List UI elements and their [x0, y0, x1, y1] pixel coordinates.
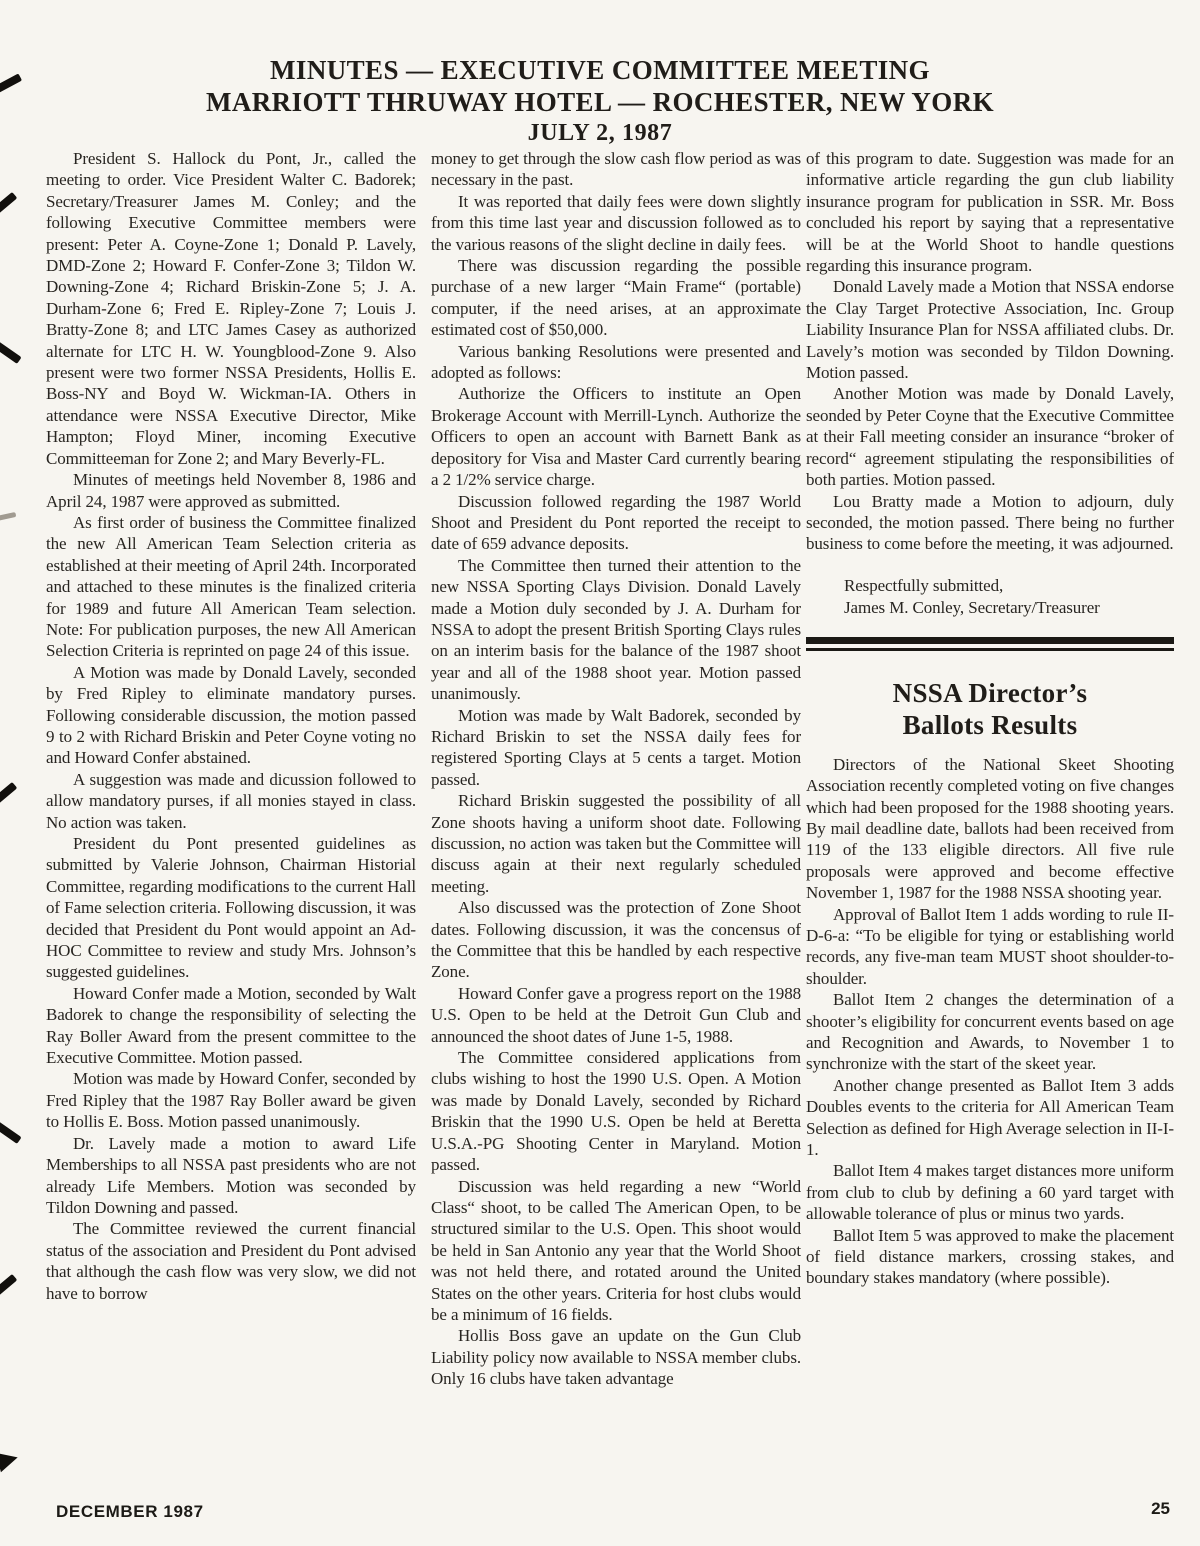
- paragraph: Another Motion was made by Donald Lavely…: [806, 383, 1174, 490]
- margin-mark: [0, 1120, 22, 1144]
- paragraph: Howard Confer made a Motion, seconded by…: [46, 983, 416, 1069]
- margin-mark: [0, 512, 16, 521]
- paragraph: Hollis Boss gave an update on the Gun Cl…: [431, 1325, 801, 1389]
- section-divider-rule: [806, 637, 1174, 651]
- column-2: money to get through the slow cash flow …: [431, 148, 801, 1508]
- footer-issue-date: DECEMBER 1987: [56, 1502, 204, 1522]
- paragraph: Motion was made by Howard Confer, second…: [46, 1068, 416, 1132]
- margin-mark: [0, 192, 17, 216]
- paragraph: Ballot Item 5 was approved to make the p…: [806, 1225, 1174, 1289]
- margin-mark: [0, 1448, 20, 1472]
- signoff-block: Respectfully submitted, James M. Conley,…: [806, 575, 1174, 620]
- paragraph: A suggestion was made and dicussion foll…: [46, 769, 416, 833]
- ballots-title-line-1: NSSA Director’s: [893, 678, 1088, 708]
- paragraph: Another change presented as Ballot Item …: [806, 1075, 1174, 1161]
- paragraph: Authorize the Officers to institute an O…: [431, 383, 801, 490]
- margin-mark: [0, 782, 17, 806]
- headline-line-3: JULY 2, 1987: [0, 118, 1200, 148]
- paragraph: The Committee then turned their attentio…: [431, 555, 801, 705]
- paragraph: Discussion followed regarding the 1987 W…: [431, 491, 801, 555]
- headline-line-1: MINUTES — EXECUTIVE COMMITTEE MEETING: [0, 54, 1200, 86]
- signoff-line-2: James M. Conley, Secretary/Treasurer: [844, 597, 1174, 620]
- paragraph: Discussion was held regarding a new “Wor…: [431, 1176, 801, 1326]
- paragraph: The Committee reviewed the current finan…: [46, 1218, 416, 1304]
- paragraph: money to get through the slow cash flow …: [431, 148, 801, 191]
- paragraph: As first order of business the Committee…: [46, 512, 416, 662]
- margin-mark: [0, 1274, 17, 1298]
- paragraph: of this program to date. Suggestion was …: [806, 148, 1174, 276]
- paragraph: Ballot Item 4 makes target distances mor…: [806, 1160, 1174, 1224]
- paragraph: Howard Confer gave a progress report on …: [431, 983, 801, 1047]
- paragraph: Ballot Item 2 changes the determination …: [806, 989, 1174, 1075]
- minutes-conclusion: of this program to date. Suggestion was …: [806, 148, 1174, 555]
- paragraph: Lou Bratty made a Motion to adjourn, dul…: [806, 491, 1174, 555]
- article-headline: MINUTES — EXECUTIVE COMMITTEE MEETING MA…: [0, 54, 1200, 148]
- column-1: President S. Hallock du Pont, Jr., calle…: [46, 148, 416, 1508]
- paragraph: President du Pont presented guidelines a…: [46, 833, 416, 983]
- paragraph: Various banking Resolutions were present…: [431, 341, 801, 384]
- headline-line-2: MARRIOTT THRUWAY HOTEL — ROCHESTER, NEW …: [0, 86, 1200, 118]
- signoff-line-1: Respectfully submitted,: [844, 575, 1174, 598]
- paragraph: The Committee considered applications fr…: [431, 1047, 801, 1175]
- paragraph: Richard Briskin suggested the possibilit…: [431, 790, 801, 897]
- ballots-article-body: Directors of the National Skeet Shooting…: [806, 754, 1174, 1289]
- magazine-page: MINUTES — EXECUTIVE COMMITTEE MEETING MA…: [0, 0, 1200, 1546]
- paragraph: It was reported that daily fees were dow…: [431, 191, 801, 255]
- paragraph: Dr. Lavely made a motion to award Life M…: [46, 1133, 416, 1219]
- ballots-article-title: NSSA Director’s Ballots Results: [806, 677, 1174, 741]
- ballots-title-line-2: Ballots Results: [903, 710, 1078, 740]
- column-3: of this program to date. Suggestion was …: [806, 148, 1174, 1508]
- paragraph: Also discussed was the protection of Zon…: [431, 897, 801, 983]
- paragraph: There was discussion regarding the possi…: [431, 255, 801, 341]
- paragraph: Donald Lavely made a Motion that NSSA en…: [806, 276, 1174, 383]
- paragraph: Approval of Ballot Item 1 adds wording t…: [806, 904, 1174, 990]
- margin-mark: [0, 340, 22, 364]
- paragraph: A Motion was made by Donald Lavely, seco…: [46, 662, 416, 769]
- footer-page-number: 25: [1151, 1499, 1170, 1519]
- paragraph: President S. Hallock du Pont, Jr., calle…: [46, 148, 416, 469]
- paragraph: Minutes of meetings held November 8, 198…: [46, 469, 416, 512]
- paragraph: Motion was made by Walt Badorek, seconde…: [431, 705, 801, 791]
- paragraph: Directors of the National Skeet Shooting…: [806, 754, 1174, 904]
